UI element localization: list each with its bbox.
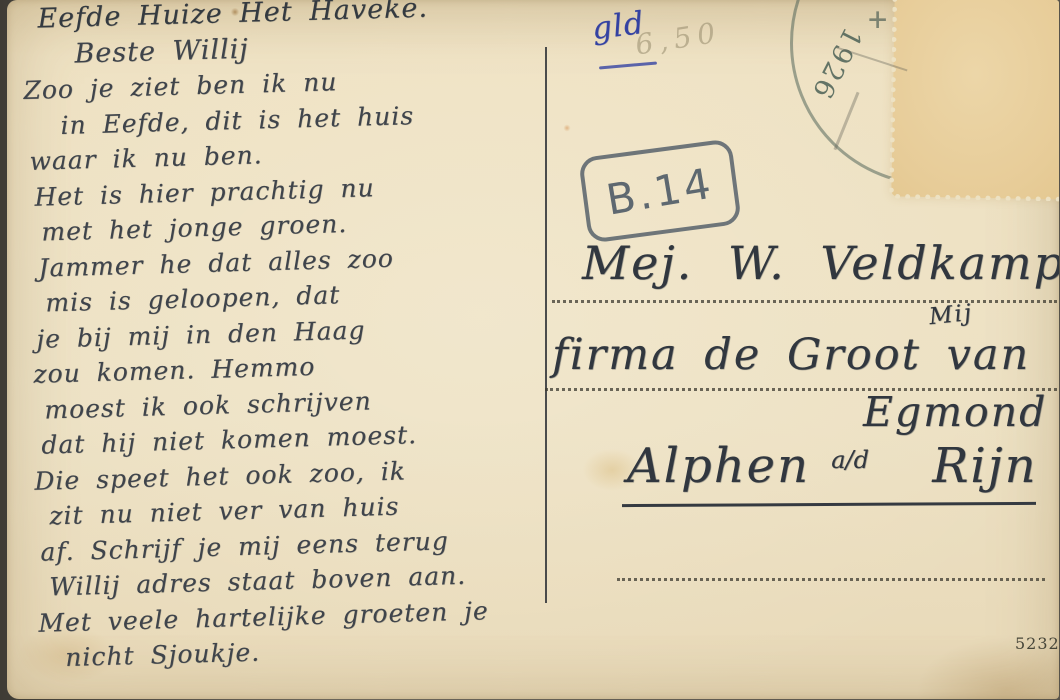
pencil-gld-underline bbox=[599, 61, 657, 69]
address-company-line2: Egmond bbox=[863, 388, 1047, 436]
address-company-line1: firma de Groot van bbox=[552, 330, 1030, 380]
address-dotted-line-1 bbox=[552, 300, 1057, 303]
address-city: Alphen a/d Rijn bbox=[627, 438, 1038, 494]
address-dotted-line-3 bbox=[617, 578, 1045, 581]
printer-serial-number: 5232 bbox=[1015, 634, 1059, 653]
center-divider-line bbox=[545, 47, 547, 603]
b14-censor-stamp: B.14 bbox=[578, 138, 742, 243]
registration-cross-mark: + bbox=[868, 0, 887, 38]
scan-background: Eefde Huize Het Haveke. Beste Willij Zoo… bbox=[0, 0, 1060, 700]
b14-stamp-label: B.14 bbox=[603, 158, 717, 224]
message-text: Eefde Huize Het Haveke. Beste Willij Zoo… bbox=[21, 0, 580, 676]
address-annotation: Mij bbox=[928, 300, 975, 330]
address-underline bbox=[622, 502, 1036, 507]
address-recipient: Mej. W. Veldkamp bbox=[582, 236, 1059, 290]
address-city-infix: a/d bbox=[831, 446, 869, 474]
pencil-price-note: 6,50 bbox=[633, 15, 723, 61]
address-city-name: Alphen bbox=[627, 438, 810, 494]
removed-stamp-residue bbox=[891, 0, 1059, 200]
address-city-river: Rijn bbox=[932, 438, 1037, 494]
postcard: Eefde Huize Het Haveke. Beste Willij Zoo… bbox=[7, 0, 1059, 699]
